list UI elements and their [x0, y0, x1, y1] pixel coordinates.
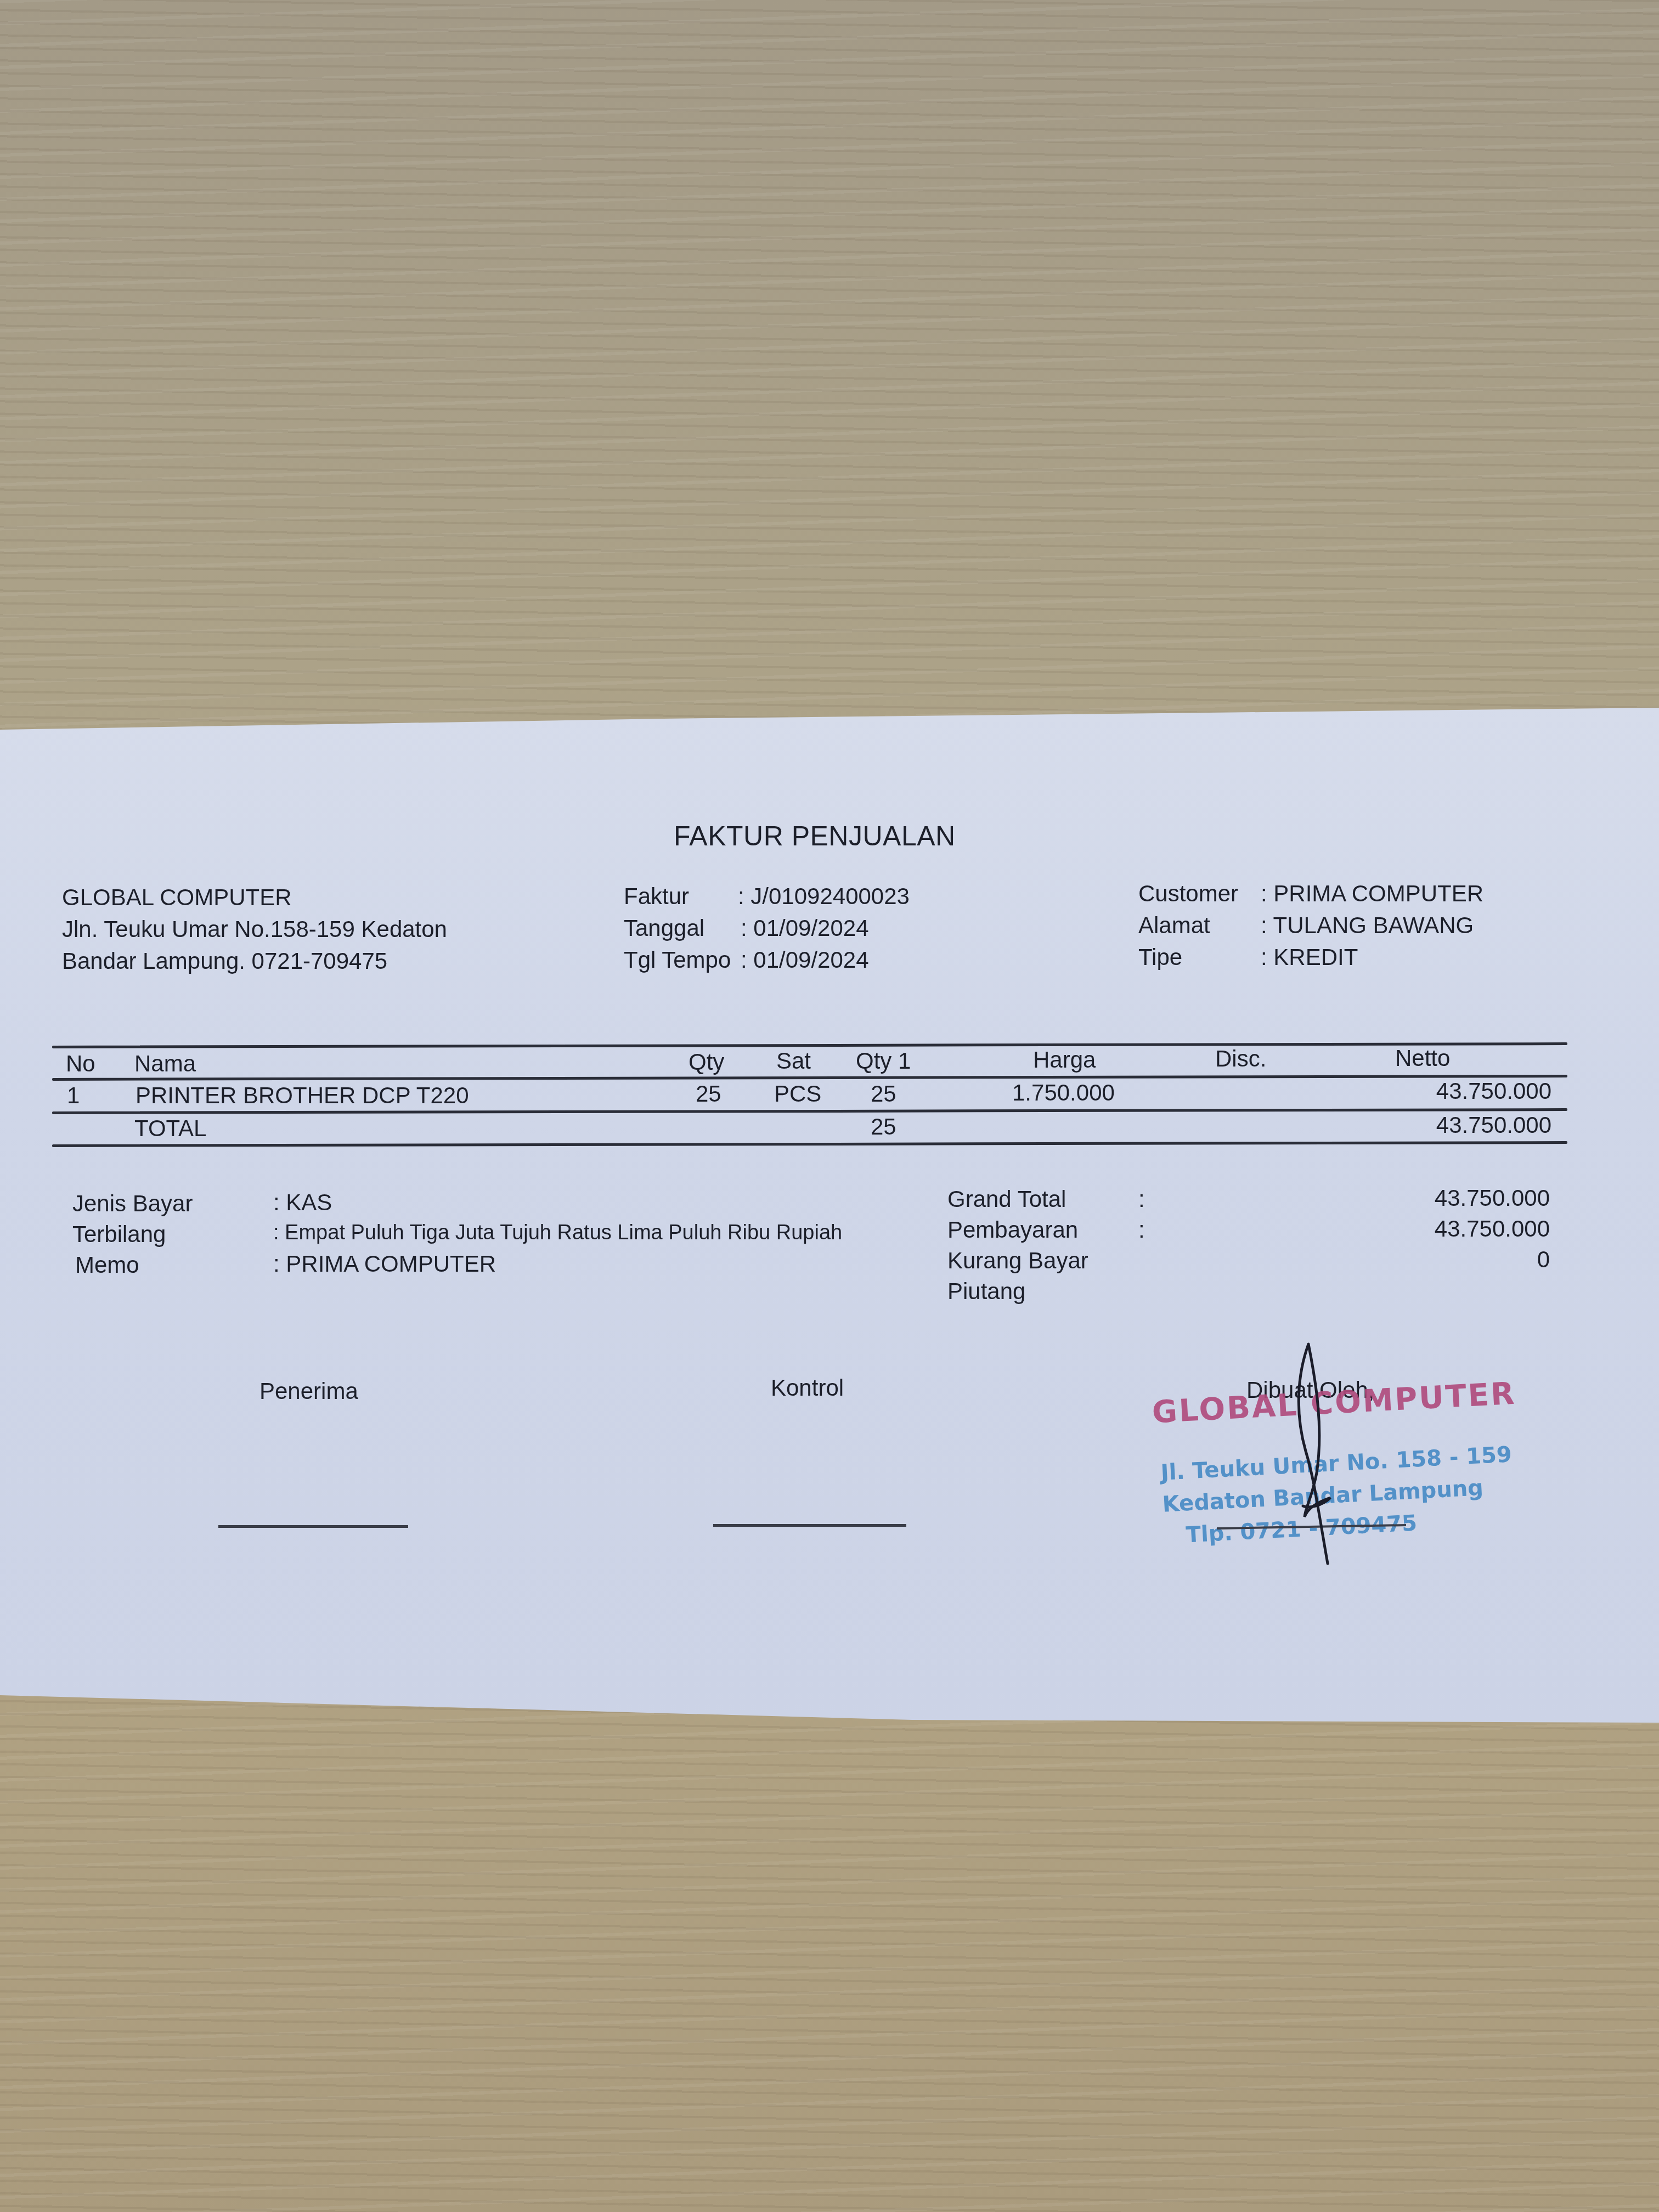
tipe-value: : KREDIT [1261, 944, 1358, 970]
invoice-title: FAKTUR PENJUALAN [674, 820, 956, 852]
row-nama: PRINTER BROTHER DCP T220 [136, 1082, 469, 1109]
piutang-label: Piutang [947, 1278, 1025, 1305]
memo-label: Memo [75, 1252, 139, 1278]
row-qty: 25 [696, 1081, 721, 1107]
total-netto: 43.750.000 [1404, 1112, 1551, 1138]
terbilang-value: : Empat Puluh Tiga Juta Tujuh Ratus Lima… [273, 1221, 842, 1245]
tgl-tempo-value: : 01/09/2024 [741, 947, 869, 973]
seller-address: Jln. Teuku Umar No.158-159 Kedaton [62, 916, 447, 943]
faktur-label: Faktur [624, 883, 689, 910]
memo-value: : PRIMA COMPUTER [273, 1251, 496, 1277]
header-bottom-rule [52, 1075, 1567, 1081]
tanggal-value: : 01/09/2024 [741, 915, 869, 941]
header-no: No [66, 1051, 95, 1077]
tgl-tempo-label: Tgl Tempo [624, 947, 731, 973]
grand-total-value: 43.750.000 [1399, 1185, 1550, 1211]
pembayaran-value: 43.750.000 [1399, 1216, 1550, 1242]
kontrol-label: Kontrol [771, 1375, 844, 1401]
pembayaran-label: Pembayaran [947, 1217, 1078, 1243]
header-disc: Disc. [1215, 1046, 1266, 1072]
row-qty1: 25 [871, 1081, 896, 1107]
penerima-signature-line [218, 1525, 408, 1528]
row-sat: PCS [774, 1081, 821, 1107]
header-netto: Netto [1395, 1045, 1450, 1071]
header-harga: Harga [1033, 1047, 1096, 1073]
seller-name: GLOBAL COMPUTER [62, 884, 292, 911]
tipe-label: Tipe [1138, 944, 1182, 970]
customer-value: : PRIMA COMPUTER [1261, 881, 1483, 907]
customer-label: Customer [1138, 881, 1238, 907]
jenis-bayar-value: : KAS [273, 1189, 332, 1216]
alamat-label: Alamat [1138, 912, 1210, 939]
jenis-bayar-label: Jenis Bayar [72, 1190, 193, 1217]
kurang-bayar-value: 0 [1399, 1246, 1550, 1273]
header-sat: Sat [776, 1048, 811, 1074]
header-qty1: Qty 1 [856, 1048, 911, 1074]
kontrol-signature-line [713, 1524, 906, 1527]
header-qty: Qty [689, 1049, 724, 1075]
penerima-label: Penerima [259, 1378, 358, 1404]
row-bottom-rule [52, 1108, 1567, 1114]
row-harga: 1.750.000 [1012, 1080, 1115, 1106]
grand-total-colon: : [1138, 1186, 1145, 1212]
seller-city-phone: Bandar Lampung. 0721-709475 [62, 948, 387, 974]
handwritten-signature [1284, 1341, 1350, 1566]
row-netto: 43.750.000 [1404, 1078, 1551, 1104]
tanggal-label: Tanggal [624, 915, 704, 941]
pembayaran-colon: : [1138, 1217, 1145, 1243]
alamat-value: : TULANG BAWANG [1261, 912, 1474, 939]
total-qty1: 25 [871, 1114, 896, 1140]
terbilang-label: Terbilang [72, 1221, 166, 1248]
faktur-value: : J/01092400023 [738, 883, 910, 910]
header-nama: Nama [134, 1051, 196, 1077]
invoice-paper: FAKTUR PENJUALAN GLOBAL COMPUTER Jln. Te… [0, 708, 1659, 1723]
total-label: TOTAL [134, 1115, 206, 1142]
grand-total-label: Grand Total [947, 1186, 1066, 1212]
table-bottom-rule [52, 1141, 1567, 1147]
kurang-bayar-label: Kurang Bayar [947, 1248, 1088, 1274]
row-no: 1 [67, 1082, 80, 1109]
